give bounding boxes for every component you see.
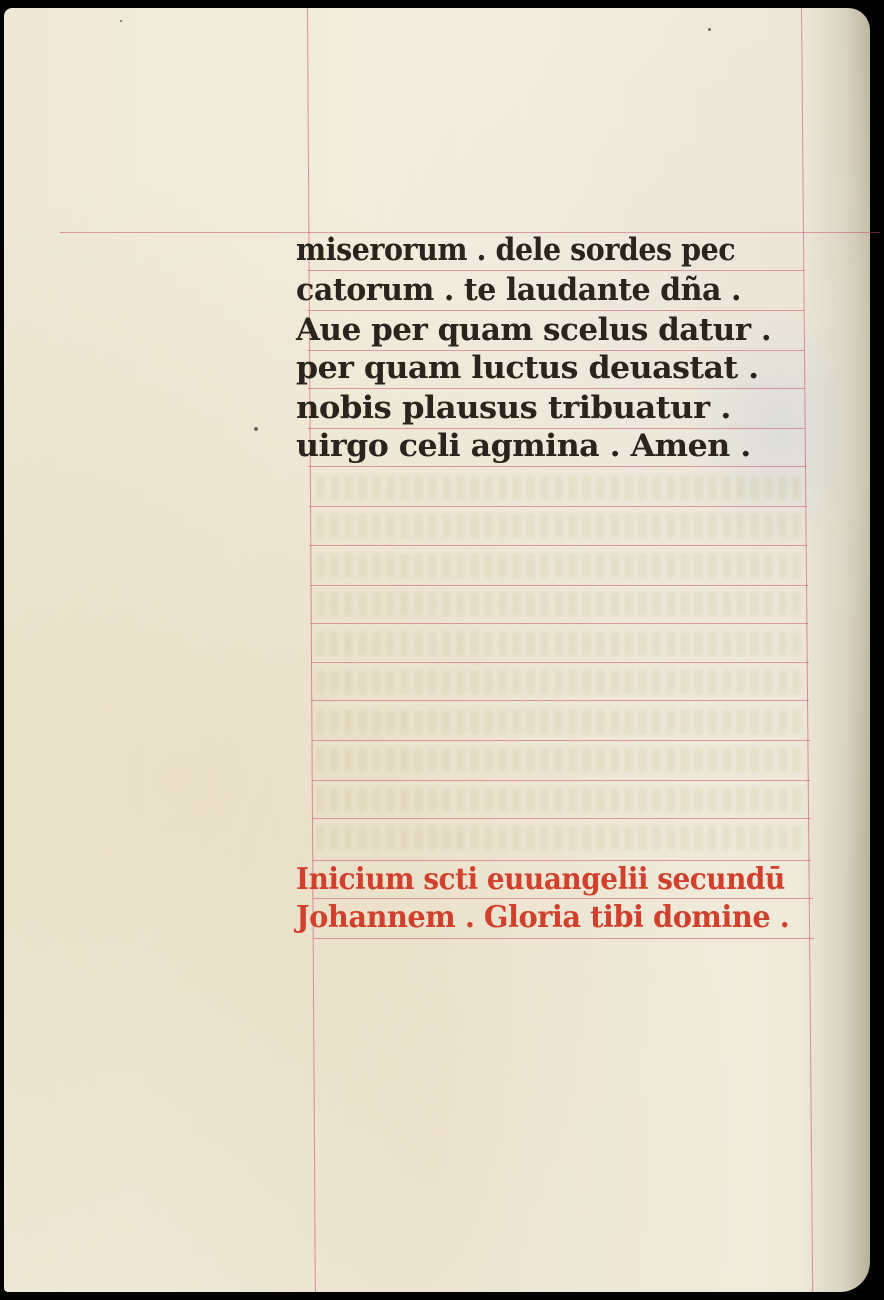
ruling-line bbox=[313, 860, 811, 861]
ruling-line bbox=[313, 818, 811, 819]
ruling-line bbox=[309, 545, 807, 546]
text-line: miserorum . dele sordes pec bbox=[296, 232, 735, 268]
show-through-text bbox=[316, 514, 806, 538]
ink-speck bbox=[120, 20, 122, 22]
show-through-text bbox=[316, 826, 806, 850]
ruling-line bbox=[314, 938, 814, 939]
ink-speck bbox=[708, 28, 711, 31]
ruling-line bbox=[310, 585, 808, 586]
show-through-text bbox=[316, 670, 806, 694]
show-through-text bbox=[316, 554, 806, 578]
ruling-line bbox=[308, 466, 806, 467]
ruling-line bbox=[312, 780, 810, 781]
text-line: per quam luctus deuastat . bbox=[296, 350, 759, 386]
show-through-text bbox=[316, 592, 806, 616]
ruling-line bbox=[311, 700, 809, 701]
text-line: nobis plausus tribuatur . bbox=[296, 390, 731, 426]
show-through-text bbox=[316, 632, 806, 656]
show-through-text bbox=[316, 748, 806, 772]
show-through-text bbox=[316, 710, 806, 734]
show-through-text bbox=[316, 788, 806, 812]
ruling-line bbox=[312, 740, 810, 741]
ruling-line bbox=[308, 388, 804, 389]
rubric-line: Johannem . Gloria tibi domine . bbox=[296, 900, 789, 935]
ruling-line bbox=[308, 310, 804, 311]
show-through-text bbox=[316, 476, 806, 500]
text-line: uirgo celi agmina . Amen . bbox=[296, 428, 751, 464]
ruling-line bbox=[309, 506, 807, 507]
text-line: catorum . te laudante dña . bbox=[296, 272, 741, 308]
ruling-line bbox=[310, 623, 808, 624]
ruling-line bbox=[311, 662, 809, 663]
ink-speck bbox=[254, 427, 258, 431]
ruling-line bbox=[313, 898, 813, 899]
rubric-line: Inicium scti euuangelii secundū bbox=[296, 862, 785, 897]
text-line: Aue per quam scelus datur . bbox=[296, 312, 771, 348]
ruling-line bbox=[308, 270, 804, 271]
